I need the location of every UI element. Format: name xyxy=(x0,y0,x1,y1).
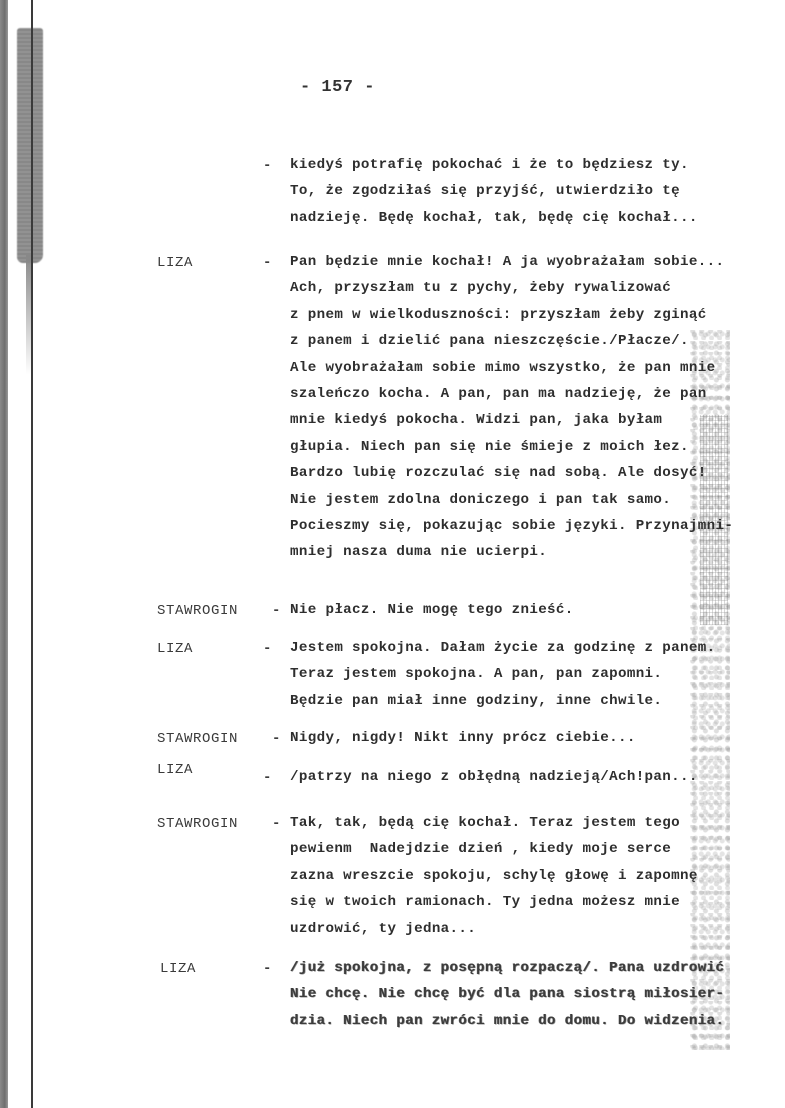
dialogue-line: się w twoich ramionach. Ty jedna możesz … xyxy=(290,894,680,910)
dialogue-line: Nie płacz. Nie mogę tego znieść. xyxy=(290,602,574,618)
dialogue-line: To, że zgodziłaś się przyjść, utwierdził… xyxy=(290,183,680,199)
dialogue-line: z panem i dzielić pana nieszczęście./Pła… xyxy=(290,333,689,349)
dialogue-line: Będzie pan miał inne godziny, inne chwil… xyxy=(290,693,662,709)
speaker-label: STAWROGIN xyxy=(157,603,238,619)
dialogue-dash: - xyxy=(263,770,271,786)
dialogue-line: /już spokojna, z posępną rozpaczą/. Pana… xyxy=(290,960,724,976)
dialogue-line: Nigdy, nigdy! Nikt inny prócz ciebie... xyxy=(290,730,636,746)
speaker-label: LIZA xyxy=(157,762,193,778)
dialogue-line: z pnem w wielkoduszności: przyszłam żeby… xyxy=(290,307,707,323)
speaker-label: LIZA xyxy=(157,641,193,657)
dialogue-line: szaleńczo kocha. A pan, pan ma nadzieję,… xyxy=(290,386,707,402)
dialogue-line: Bardzo lubię rozczulać się nad sobą. Ale… xyxy=(290,465,707,481)
dialogue-line: Pan będzie mnie kochał! A ja wyobrażałam… xyxy=(290,254,724,270)
dialogue-dash: - xyxy=(263,158,271,174)
dialogue-line: kiedyś potrafię pokochać i że to będzies… xyxy=(290,157,689,173)
scan-binding-smear xyxy=(17,28,43,263)
dialogue-line: mniej nasza duma nie ucierpi. xyxy=(290,544,547,560)
speaker-label: LIZA xyxy=(157,255,193,271)
dialogue-dash: - xyxy=(263,961,271,977)
dialogue-dash: - xyxy=(263,255,271,271)
dialogue-line: dzia. Niech pan zwróci mnie do domu. Do … xyxy=(290,1013,724,1029)
dialogue-line: pewienm Nadejdzie dzień , kiedy moje ser… xyxy=(290,841,671,857)
dialogue-line: Tak, tak, będą cię kochał. Teraz jestem … xyxy=(290,815,680,831)
scan-border-left xyxy=(0,0,8,1108)
page-number: - 157 - xyxy=(300,78,375,97)
dialogue-line: mnie kiedyś pokocha. Widzi pan, jaka był… xyxy=(290,412,662,428)
dialogue-dash: - xyxy=(272,603,280,619)
dialogue-line: głupia. Niech pan się nie śmieje z moich… xyxy=(290,439,689,455)
dialogue-line: Ale wyobrażałam sobie mimo wszystko, że … xyxy=(290,360,715,376)
dialogue-line: Nie chcę. Nie chcę być dla pana siostrą … xyxy=(290,986,724,1002)
dialogue-line: Teraz jestem spokojna. A pan, pan zapomn… xyxy=(290,666,662,682)
dialogue-line: zazna wreszcie spokoju, schylę głowę i z… xyxy=(290,868,698,884)
speaker-label: STAWROGIN xyxy=(157,816,238,832)
dialogue-dash: - xyxy=(263,641,271,657)
dialogue-line: Ach, przyszłam tu z pychy, żeby rywalizo… xyxy=(290,280,671,296)
speaker-label: STAWROGIN xyxy=(157,731,238,747)
dialogue-line: uzdrowić, ty jedna... xyxy=(290,921,476,937)
dialogue-line: Pocieszmy się, pokazując sobie języki. P… xyxy=(290,518,733,534)
dialogue-line: nadzieję. Będę kochał, tak, będę cię koc… xyxy=(290,210,698,226)
speaker-label: LIZA xyxy=(160,961,196,977)
dialogue-dash: - xyxy=(272,731,280,747)
scan-page-edge-line xyxy=(31,0,33,1108)
dialogue-line: Jestem spokojna. Dałam życie za godzinę … xyxy=(290,640,715,656)
dialogue-line: Nie jestem zdolna doniczego i pan tak sa… xyxy=(290,492,671,508)
dialogue-dash: - xyxy=(272,816,280,832)
dialogue-line: /patrzy na niego z obłędną nadzieją/Ach!… xyxy=(290,769,698,785)
